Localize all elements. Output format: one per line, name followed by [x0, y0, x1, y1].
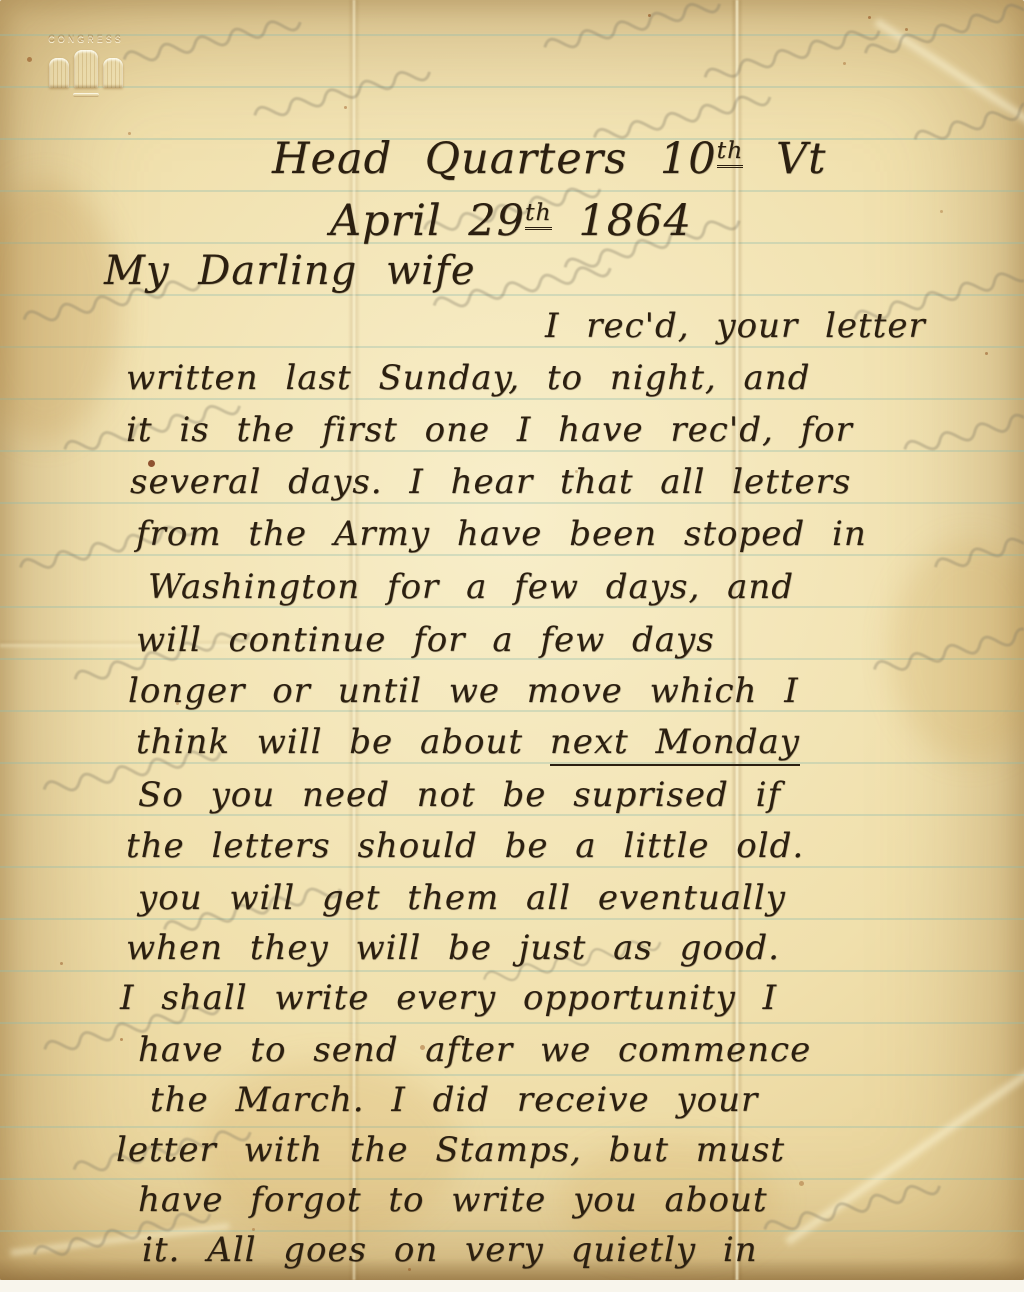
handwriting-line: Washington for a few days, and — [148, 567, 794, 607]
line-text: have to send after we commence — [138, 1030, 811, 1070]
handwriting-line: written last Sunday, to night, and — [126, 358, 810, 398]
line-text: I shall write every opportunity I — [120, 978, 777, 1018]
line-text: think will be about — [136, 722, 550, 762]
congress-embossed-seal: CONGRESS — [36, 34, 136, 124]
handwriting-line: when they will be just as good. — [126, 928, 780, 968]
handwriting-line: you will get them all eventually — [138, 878, 786, 918]
heading-date-text: April 29 — [330, 196, 525, 246]
line-text: when they will be just as good. — [126, 928, 780, 968]
heading-place-text: Head Quarters 10 — [272, 134, 717, 184]
heading-place-regiment: Vt — [743, 134, 826, 184]
handwriting-line: longer or until we move which I — [128, 671, 799, 711]
handwriting-line: from the Army have been stoped in — [136, 514, 867, 554]
letter-scan-page: CONGRESS Head Quarters 10th Vt April 29t… — [0, 0, 1024, 1292]
handwriting-line: have to send after we commence — [138, 1030, 811, 1070]
line-text: it is the first one I have rec'd, for — [126, 410, 853, 450]
handwriting-line: it is the first one I have rec'd, for — [126, 410, 853, 450]
line-text: it. All goes on very quietly in — [142, 1230, 758, 1270]
line-text: longer or until we move which I — [128, 671, 799, 711]
heading-date-year: 1864 — [552, 196, 692, 246]
line-text: the March. I did receive your — [150, 1080, 758, 1120]
handwriting-line: I shall write every opportunity I — [120, 978, 777, 1018]
line-text: several days. I hear that all letters — [130, 462, 851, 502]
heading-place-line: Head Quarters 10th Vt — [272, 134, 826, 184]
line-text: I rec'd, your letter — [545, 306, 926, 346]
scan-background-strip — [0, 1280, 1024, 1292]
handwriting-line: I rec'd, your letter — [545, 306, 926, 346]
handwriting-line: letter with the Stamps, but must — [116, 1130, 785, 1170]
handwriting-line: it. All goes on very quietly in — [142, 1230, 758, 1270]
ordinal-suffix: th — [717, 136, 744, 168]
handwriting-line-underlined: think will be about next Monday — [136, 722, 800, 762]
seal-ornament — [73, 93, 99, 97]
line-text: letter with the Stamps, but must — [116, 1130, 785, 1170]
handwriting-line: several days. I hear that all letters — [130, 462, 851, 502]
capitol-icon — [36, 48, 136, 88]
underlined-text: next Monday — [550, 722, 800, 766]
handwriting-line: the March. I did receive your — [150, 1080, 758, 1120]
line-text: you will get them all eventually — [138, 878, 786, 918]
handwriting-line: the letters should be a little old. — [126, 826, 804, 866]
heading-date-line: April 29th 1864 — [330, 196, 692, 246]
line-text: So you need not be suprised if — [138, 775, 781, 815]
line-text: have forgot to write you about — [138, 1180, 768, 1220]
seal-text: CONGRESS — [36, 34, 136, 44]
salutation-line: My Darling wife — [104, 248, 475, 294]
handwriting-line: will continue for a few days — [136, 620, 715, 660]
line-text: will continue for a few days — [136, 620, 715, 660]
handwriting-line: So you need not be suprised if — [138, 775, 781, 815]
line-text: the letters should be a little old. — [126, 826, 804, 866]
handwriting-line: have forgot to write you about — [138, 1180, 768, 1220]
line-text: from the Army have been stoped in — [136, 514, 867, 554]
line-text: Washington for a few days, and — [148, 567, 794, 607]
line-text: written last Sunday, to night, and — [126, 358, 810, 398]
salutation-text: My Darling wife — [104, 248, 475, 294]
ordinal-suffix: th — [525, 198, 552, 230]
